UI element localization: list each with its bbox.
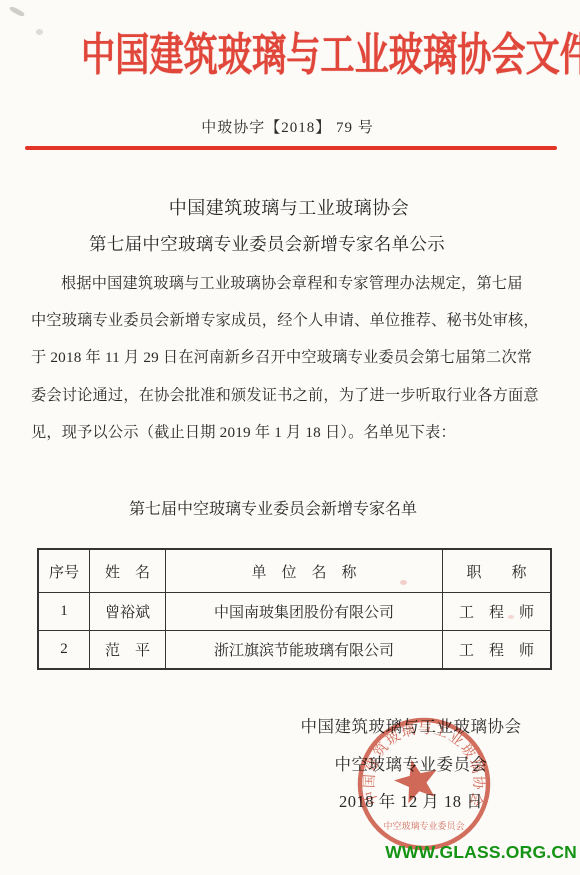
body-line: 委会讨论通过，在协会批准和颁发证书之前，为了进一步听取行业各方面意 <box>31 377 536 414</box>
table-row: 2 范 平 浙江旗滨节能玻璃有限公司 工 程 师 <box>38 631 551 670</box>
body-line: 中空玻璃专业委员会新增专家成员，经个人申请、单位推荐、秘书处审核， <box>31 302 536 339</box>
letterhead-divider-rule <box>25 146 557 150</box>
cell-name: 范 平 <box>90 631 166 670</box>
document-title-org: 中国建筑玻璃与工业玻璃协会 <box>169 194 410 220</box>
table-header-row: 序号 姓 名 单 位 名 称 职 称 <box>38 549 551 593</box>
document-number: 中玻协字【2018】 79 号 <box>0 116 575 137</box>
cell-org: 中国南玻集团股份有限公司 <box>166 593 443 631</box>
cell-org: 浙江旗滨节能玻璃有限公司 <box>166 631 443 670</box>
cell-number: 1 <box>38 593 90 631</box>
body-line: 见，现予以公示（截止日期 2019 年 1 月 18 日）。名单见下表： <box>31 414 536 451</box>
cell-name: 曾裕斌 <box>90 593 166 631</box>
letterhead-banner: 中国建筑玻璃与工业玻璃协会文件 <box>0 30 580 82</box>
signature-date: 2018 年 12 月 18 日 <box>301 783 522 821</box>
header-cell-number: 序号 <box>38 549 90 593</box>
signature-org-line2: 中空玻璃专业委员会 <box>301 746 522 784</box>
signature-org-line1: 中国建筑玻璃与工业玻璃协会 <box>301 708 522 746</box>
body-line: 根据中国建筑玻璃与工业玻璃协会章程和专家管理办法规定，第七届 <box>31 265 536 302</box>
body-line: 于 2018 年 11 月 29 日在河南新乡召开中空玻璃专业委员会第七届第二次… <box>31 339 536 376</box>
cell-number: 2 <box>38 631 90 670</box>
header-cell-org: 单 位 名 称 <box>166 549 443 593</box>
scan-speck <box>9 6 25 18</box>
header-cell-name: 姓 名 <box>90 549 166 593</box>
footer-website-url: WWW.GLASS.ORG.CN <box>385 842 577 863</box>
document-title-subject: 第七届中空玻璃专业委员会新增专家名单公示 <box>89 231 445 256</box>
seal-inner-text: 中空玻璃专业委员会 <box>383 820 464 831</box>
cell-title: 工 程 师 <box>443 593 552 631</box>
expert-roster-table: 序号 姓 名 单 位 名 称 职 称 1 曾裕斌 中国南玻集团股份有限公司 工 … <box>37 548 552 670</box>
signature-block: 中国建筑玻璃与工业玻璃协会 中空玻璃专业委员会 2018 年 12 月 18 日 <box>301 708 522 821</box>
header-cell-title: 职 称 <box>443 549 552 593</box>
cell-title: 工 程 师 <box>443 631 552 670</box>
table-row: 1 曾裕斌 中国南玻集团股份有限公司 工 程 师 <box>38 593 551 631</box>
letterhead-title: 中国建筑玻璃与工业玻璃协会文件 <box>81 30 580 80</box>
scanned-official-document: 中国建筑玻璃与工业玻璃协会文件 中玻协字【2018】 79 号 中国建筑玻璃与工… <box>0 0 580 875</box>
roster-table-title: 第七届中空玻璃专业委员会新增专家名单 <box>129 496 417 519</box>
body-paragraph: 根据中国建筑玻璃与工业玻璃协会章程和专家管理办法规定，第七届 中空玻璃专业委员会… <box>31 265 536 451</box>
